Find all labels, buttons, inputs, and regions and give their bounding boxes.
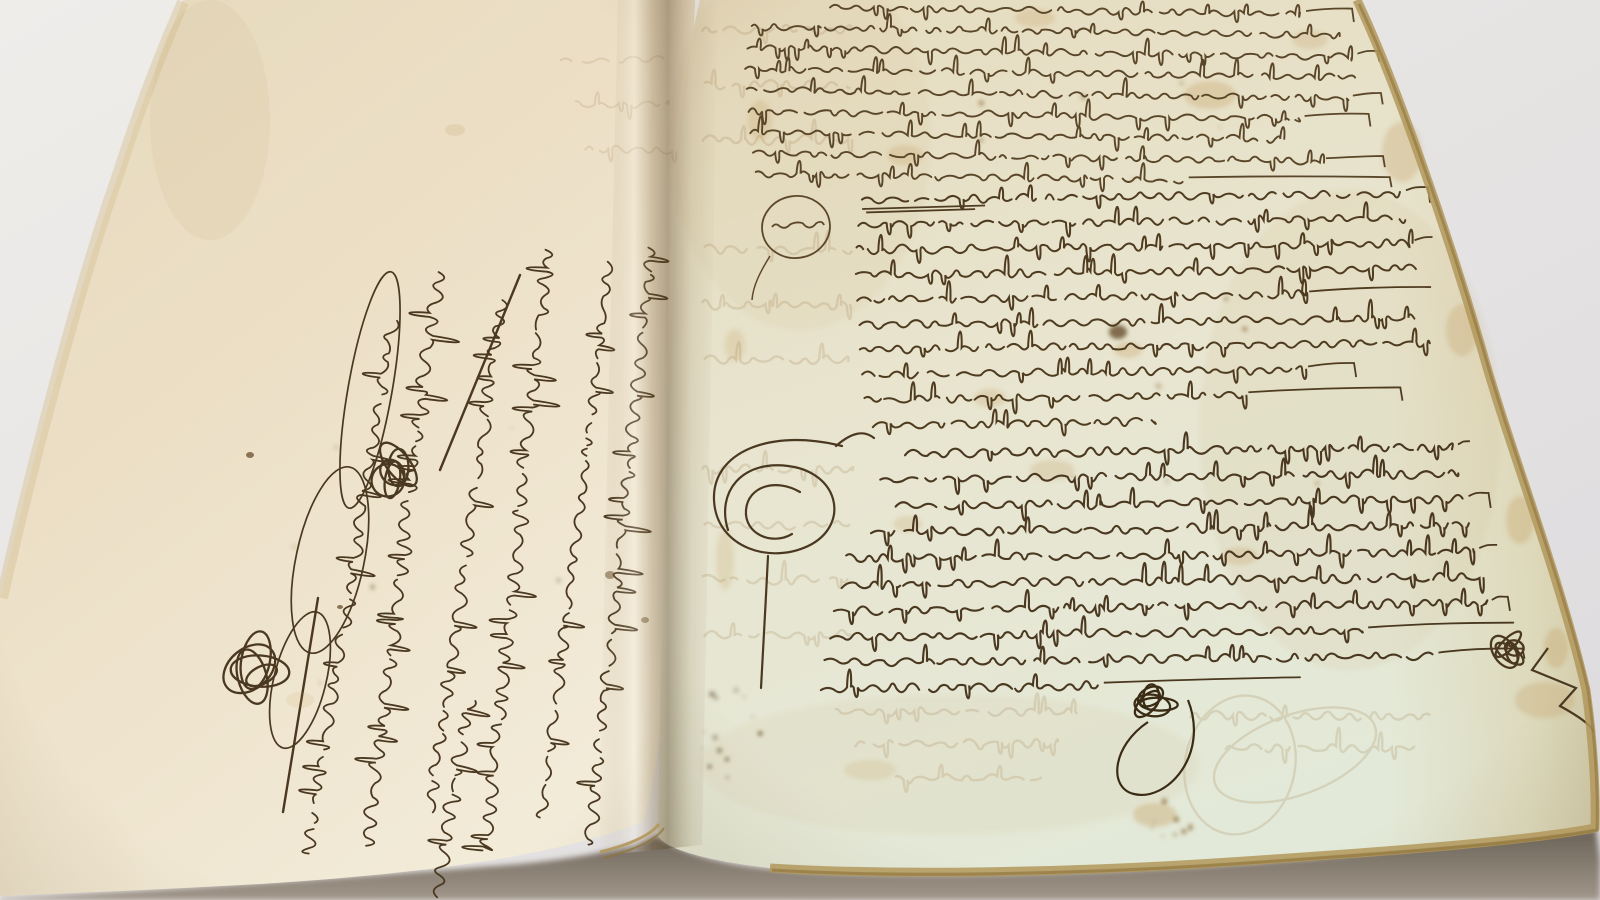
ink-speck (1180, 81, 1184, 85)
ink-speck (370, 585, 374, 589)
ink-speck (1218, 126, 1220, 128)
ink-speck (726, 776, 730, 780)
foxing-stain (445, 124, 465, 136)
manuscript-scene (0, 0, 1600, 900)
foxing-stain (337, 605, 343, 609)
ink-speck (709, 766, 712, 769)
ink-speck (714, 696, 717, 699)
ink-speck (1315, 481, 1320, 486)
ink-speck (1224, 297, 1228, 301)
ink-speck (1181, 829, 1186, 834)
foxing-stain (1109, 325, 1127, 339)
ink-speck (1165, 480, 1168, 483)
ink-speck (1242, 327, 1247, 332)
ink-speck (709, 691, 715, 697)
foxing-stain (286, 692, 314, 708)
gutter-fold (598, 0, 718, 858)
ink-speck (734, 688, 738, 692)
ink-speck (758, 731, 763, 736)
ink-speck (712, 735, 718, 741)
ink-speck (752, 716, 754, 718)
foxing-stain (246, 452, 254, 458)
ink-speck (511, 427, 513, 429)
ink-speck (1162, 835, 1164, 837)
ink-speck (717, 748, 723, 754)
foxing-stain (700, 695, 1200, 835)
ink-speck (1189, 828, 1192, 831)
ink-speck (979, 100, 984, 105)
ink-speck (335, 446, 338, 449)
ink-speck (1173, 833, 1177, 837)
ink-speck (1161, 798, 1168, 805)
ink-speck (1174, 817, 1179, 822)
foxing-stain (150, 0, 270, 240)
ink-speck (1156, 383, 1162, 389)
ink-speck (293, 545, 296, 548)
ink-speck (1153, 821, 1155, 823)
foxing-stain (725, 329, 745, 361)
manuscript-photo (0, 0, 1600, 900)
ink-speck (1150, 826, 1153, 829)
ink-speck (319, 682, 321, 684)
ink-speck (743, 696, 745, 698)
ink-speck (725, 757, 729, 761)
ink-speck (557, 579, 560, 582)
